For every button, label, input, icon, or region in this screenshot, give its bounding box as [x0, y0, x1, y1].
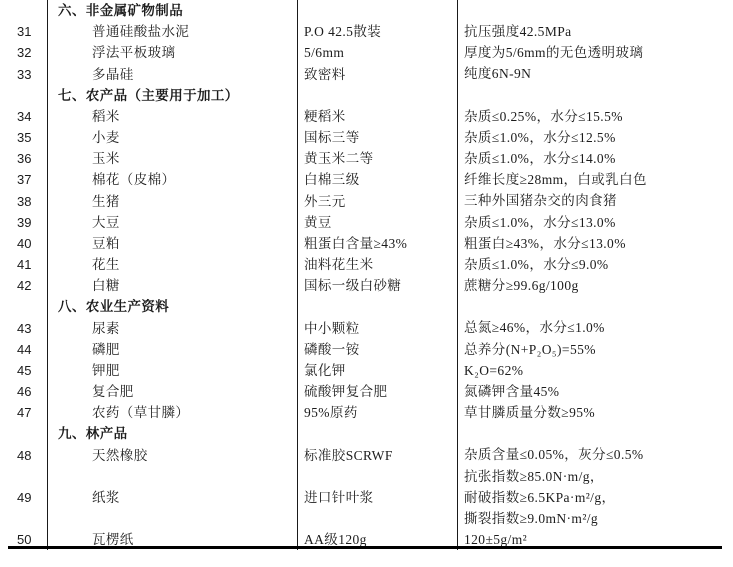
requirement-line: 总养分(N+P₂O₅)=55%	[464, 339, 733, 360]
requirement-cell	[457, 423, 733, 444]
table-row: 49 纸浆 进口针叶浆 抗张指数≥85.0N·m/g，耐破指数≥6.5KPa·m…	[0, 466, 733, 530]
table-row: 43 尿素 中小颗粒 总氮≥46%，水分≤1.0%	[0, 317, 733, 338]
table-row: 42 白糖 国标一级白砂糖 蔗糖分≥99.6g/100g	[0, 275, 733, 296]
section-title: 七、农产品（主要用于加工）	[47, 85, 297, 106]
requirement-cell	[457, 0, 733, 21]
table-bottom-border	[8, 546, 722, 549]
product-spec: 黄玉米二等	[297, 148, 457, 169]
requirement-line: K₂O=62%	[464, 360, 733, 381]
product-name: 小麦	[47, 127, 297, 148]
row-number: 43	[0, 317, 47, 338]
table-row: 33 多晶硅 致密料 纯度6N-9N	[0, 63, 733, 84]
product-name: 复合肥	[47, 381, 297, 402]
quality-requirement: 杂质≤0.25%，水分≤15.5%	[457, 106, 733, 127]
requirement-line: 抗张指数≥85.0N·m/g，	[464, 466, 733, 487]
product-name: 玉米	[47, 148, 297, 169]
section-title: 八、农业生产资料	[47, 296, 297, 317]
requirement-line: 杂质含量≤0.05%，灰分≤0.5%	[464, 444, 733, 465]
product-spec: 5/6mm	[297, 42, 457, 63]
table-row: 40 豆粕 粗蛋白含量≥43% 粗蛋白≥43%，水分≤13.0%	[0, 233, 733, 254]
requirement-line: 厚度为5/6mm的无色透明玻璃	[464, 42, 733, 63]
requirement-line: 杂质≤0.25%，水分≤15.5%	[464, 106, 733, 127]
product-name: 稻米	[47, 106, 297, 127]
quality-requirement: 总氮≥46%，水分≤1.0%	[457, 317, 733, 338]
quality-requirement: 纯度6N-9N	[457, 63, 733, 84]
quality-requirement: 抗压强度42.5MPa	[457, 21, 733, 42]
quality-requirement: 蔗糖分≥99.6g/100g	[457, 275, 733, 296]
requirement-line: 蔗糖分≥99.6g/100g	[464, 275, 733, 296]
requirement-line: 草甘膦质量分数≥95%	[464, 402, 733, 423]
row-number: 45	[0, 360, 47, 381]
row-number: 42	[0, 275, 47, 296]
row-number: 38	[0, 190, 47, 211]
section-row: 九、林产品	[0, 423, 733, 444]
quality-requirement: 纤维长度≥28mm，白或乳白色	[457, 169, 733, 190]
commodity-spec-table: 六、非金属矿物制品 31 普通硅酸盐水泥 P.O 42.5散装 抗压强度42.5…	[0, 0, 733, 550]
requirement-line: 纤维长度≥28mm，白或乳白色	[464, 169, 733, 190]
product-spec: 中小颗粒	[297, 317, 457, 338]
row-number: 48	[0, 444, 47, 465]
section-row: 八、农业生产资料	[0, 296, 733, 317]
requirement-line: 耐破指数≥6.5KPa·m²/g，	[464, 487, 733, 508]
product-spec: 磷酸一铵	[297, 339, 457, 360]
product-name: 白糖	[47, 275, 297, 296]
product-spec: 黄豆	[297, 212, 457, 233]
product-spec: 粳稻米	[297, 106, 457, 127]
quality-requirement: 草甘膦质量分数≥95%	[457, 402, 733, 423]
product-spec: 国标三等	[297, 127, 457, 148]
product-spec: 氯化钾	[297, 360, 457, 381]
product-name: 多晶硅	[47, 63, 297, 84]
product-name: 尿素	[47, 317, 297, 338]
product-name: 磷肥	[47, 339, 297, 360]
product-spec: 白棉三级	[297, 169, 457, 190]
product-spec: 进口针叶浆	[297, 466, 457, 530]
table-row: 35 小麦 国标三等 杂质≤1.0%，水分≤12.5%	[0, 127, 733, 148]
spec-cell	[297, 423, 457, 444]
row-number: 36	[0, 148, 47, 169]
spec-cell	[297, 0, 457, 21]
row-number: 33	[0, 63, 47, 84]
row-number: 49	[0, 466, 47, 530]
table-row: 36 玉米 黄玉米二等 杂质≤1.0%，水分≤14.0%	[0, 148, 733, 169]
table-row: 48 天然橡胶 标准胶SCRWF 杂质含量≤0.05%，灰分≤0.5%	[0, 444, 733, 465]
section-row: 六、非金属矿物制品	[0, 0, 733, 21]
quality-requirement: 杂质≤1.0%，水分≤12.5%	[457, 127, 733, 148]
spec-cell	[297, 85, 457, 106]
row-number: 47	[0, 402, 47, 423]
table-row: 37 棉花（皮棉） 白棉三级 纤维长度≥28mm，白或乳白色	[0, 169, 733, 190]
quality-requirement: 厚度为5/6mm的无色透明玻璃	[457, 42, 733, 63]
quality-requirement: 总养分(N+P₂O₅)=55%	[457, 339, 733, 360]
product-name: 豆粕	[47, 233, 297, 254]
requirement-line: 撕裂指数≥9.0mN·m²/g	[464, 508, 733, 529]
table-row: 39 大豆 黄豆 杂质≤1.0%，水分≤13.0%	[0, 212, 733, 233]
row-number: 41	[0, 254, 47, 275]
requirement-line: 杂质≤1.0%，水分≤14.0%	[464, 148, 733, 169]
requirement-line: 总氮≥46%，水分≤1.0%	[464, 317, 733, 338]
requirement-cell	[457, 85, 733, 106]
section-title: 九、林产品	[47, 423, 297, 444]
product-name: 农药（草甘膦）	[47, 402, 297, 423]
table-row: 46 复合肥 硫酸钾复合肥 氮磷钾含量45%	[0, 381, 733, 402]
product-name: 浮法平板玻璃	[47, 42, 297, 63]
spec-cell	[297, 296, 457, 317]
product-name: 棉花（皮棉）	[47, 169, 297, 190]
requirement-line: 氮磷钾含量45%	[464, 381, 733, 402]
table-row: 45 钾肥 氯化钾 K₂O=62%	[0, 360, 733, 381]
row-number: 34	[0, 106, 47, 127]
product-spec: 油料花生米	[297, 254, 457, 275]
row-number: 40	[0, 233, 47, 254]
row-number-cell	[0, 85, 47, 106]
requirement-line: 纯度6N-9N	[464, 63, 733, 84]
quality-requirement: 抗张指数≥85.0N·m/g，耐破指数≥6.5KPa·m²/g，撕裂指数≥9.0…	[457, 466, 733, 530]
product-spec: 标准胶SCRWF	[297, 444, 457, 465]
requirement-line: 粗蛋白≥43%，水分≤13.0%	[464, 233, 733, 254]
quality-requirement: 粗蛋白≥43%，水分≤13.0%	[457, 233, 733, 254]
table-row: 47 农药（草甘膦） 95%原药 草甘膦质量分数≥95%	[0, 402, 733, 423]
product-spec: P.O 42.5散装	[297, 21, 457, 42]
table-row: 34 稻米 粳稻米 杂质≤0.25%，水分≤15.5%	[0, 106, 733, 127]
row-number: 37	[0, 169, 47, 190]
section-row: 七、农产品（主要用于加工）	[0, 85, 733, 106]
requirement-line: 杂质≤1.0%，水分≤12.5%	[464, 127, 733, 148]
quality-requirement: 杂质≤1.0%，水分≤9.0%	[457, 254, 733, 275]
table-row: 41 花生 油料花生米 杂质≤1.0%，水分≤9.0%	[0, 254, 733, 275]
row-number: 46	[0, 381, 47, 402]
table-row: 32 浮法平板玻璃 5/6mm 厚度为5/6mm的无色透明玻璃	[0, 42, 733, 63]
product-name: 钾肥	[47, 360, 297, 381]
row-number: 44	[0, 339, 47, 360]
table-row: 44 磷肥 磷酸一铵 总养分(N+P₂O₅)=55%	[0, 339, 733, 360]
product-spec: 95%原药	[297, 402, 457, 423]
row-number: 39	[0, 212, 47, 233]
row-number: 31	[0, 21, 47, 42]
row-number: 35	[0, 127, 47, 148]
row-number-cell	[0, 296, 47, 317]
product-spec: 国标一级白砂糖	[297, 275, 457, 296]
requirement-line: 杂质≤1.0%，水分≤9.0%	[464, 254, 733, 275]
product-name: 大豆	[47, 212, 297, 233]
row-number-cell	[0, 423, 47, 444]
product-name: 普通硅酸盐水泥	[47, 21, 297, 42]
product-name: 生猪	[47, 190, 297, 211]
quality-requirement: 氮磷钾含量45%	[457, 381, 733, 402]
product-name: 纸浆	[47, 466, 297, 530]
product-name: 天然橡胶	[47, 444, 297, 465]
requirement-line: 杂质≤1.0%，水分≤13.0%	[464, 212, 733, 233]
table-row: 31 普通硅酸盐水泥 P.O 42.5散装 抗压强度42.5MPa	[0, 21, 733, 42]
quality-requirement: K₂O=62%	[457, 360, 733, 381]
section-title: 六、非金属矿物制品	[47, 0, 297, 21]
product-name: 花生	[47, 254, 297, 275]
row-number-cell	[0, 0, 47, 21]
product-spec: 粗蛋白含量≥43%	[297, 233, 457, 254]
requirement-line: 抗压强度42.5MPa	[464, 21, 733, 42]
requirement-line: 三种外国猪杂交的肉食猪	[464, 190, 733, 211]
row-number: 32	[0, 42, 47, 63]
table-row: 38 生猪 外三元 三种外国猪杂交的肉食猪	[0, 190, 733, 211]
quality-requirement: 杂质≤1.0%，水分≤13.0%	[457, 212, 733, 233]
quality-requirement: 三种外国猪杂交的肉食猪	[457, 190, 733, 211]
quality-requirement: 杂质含量≤0.05%，灰分≤0.5%	[457, 444, 733, 465]
quality-requirement: 杂质≤1.0%，水分≤14.0%	[457, 148, 733, 169]
requirement-cell	[457, 296, 733, 317]
document-page: 六、非金属矿物制品 31 普通硅酸盐水泥 P.O 42.5散装 抗压强度42.5…	[0, 0, 733, 567]
product-spec: 致密料	[297, 63, 457, 84]
product-spec: 外三元	[297, 190, 457, 211]
product-spec: 硫酸钾复合肥	[297, 381, 457, 402]
